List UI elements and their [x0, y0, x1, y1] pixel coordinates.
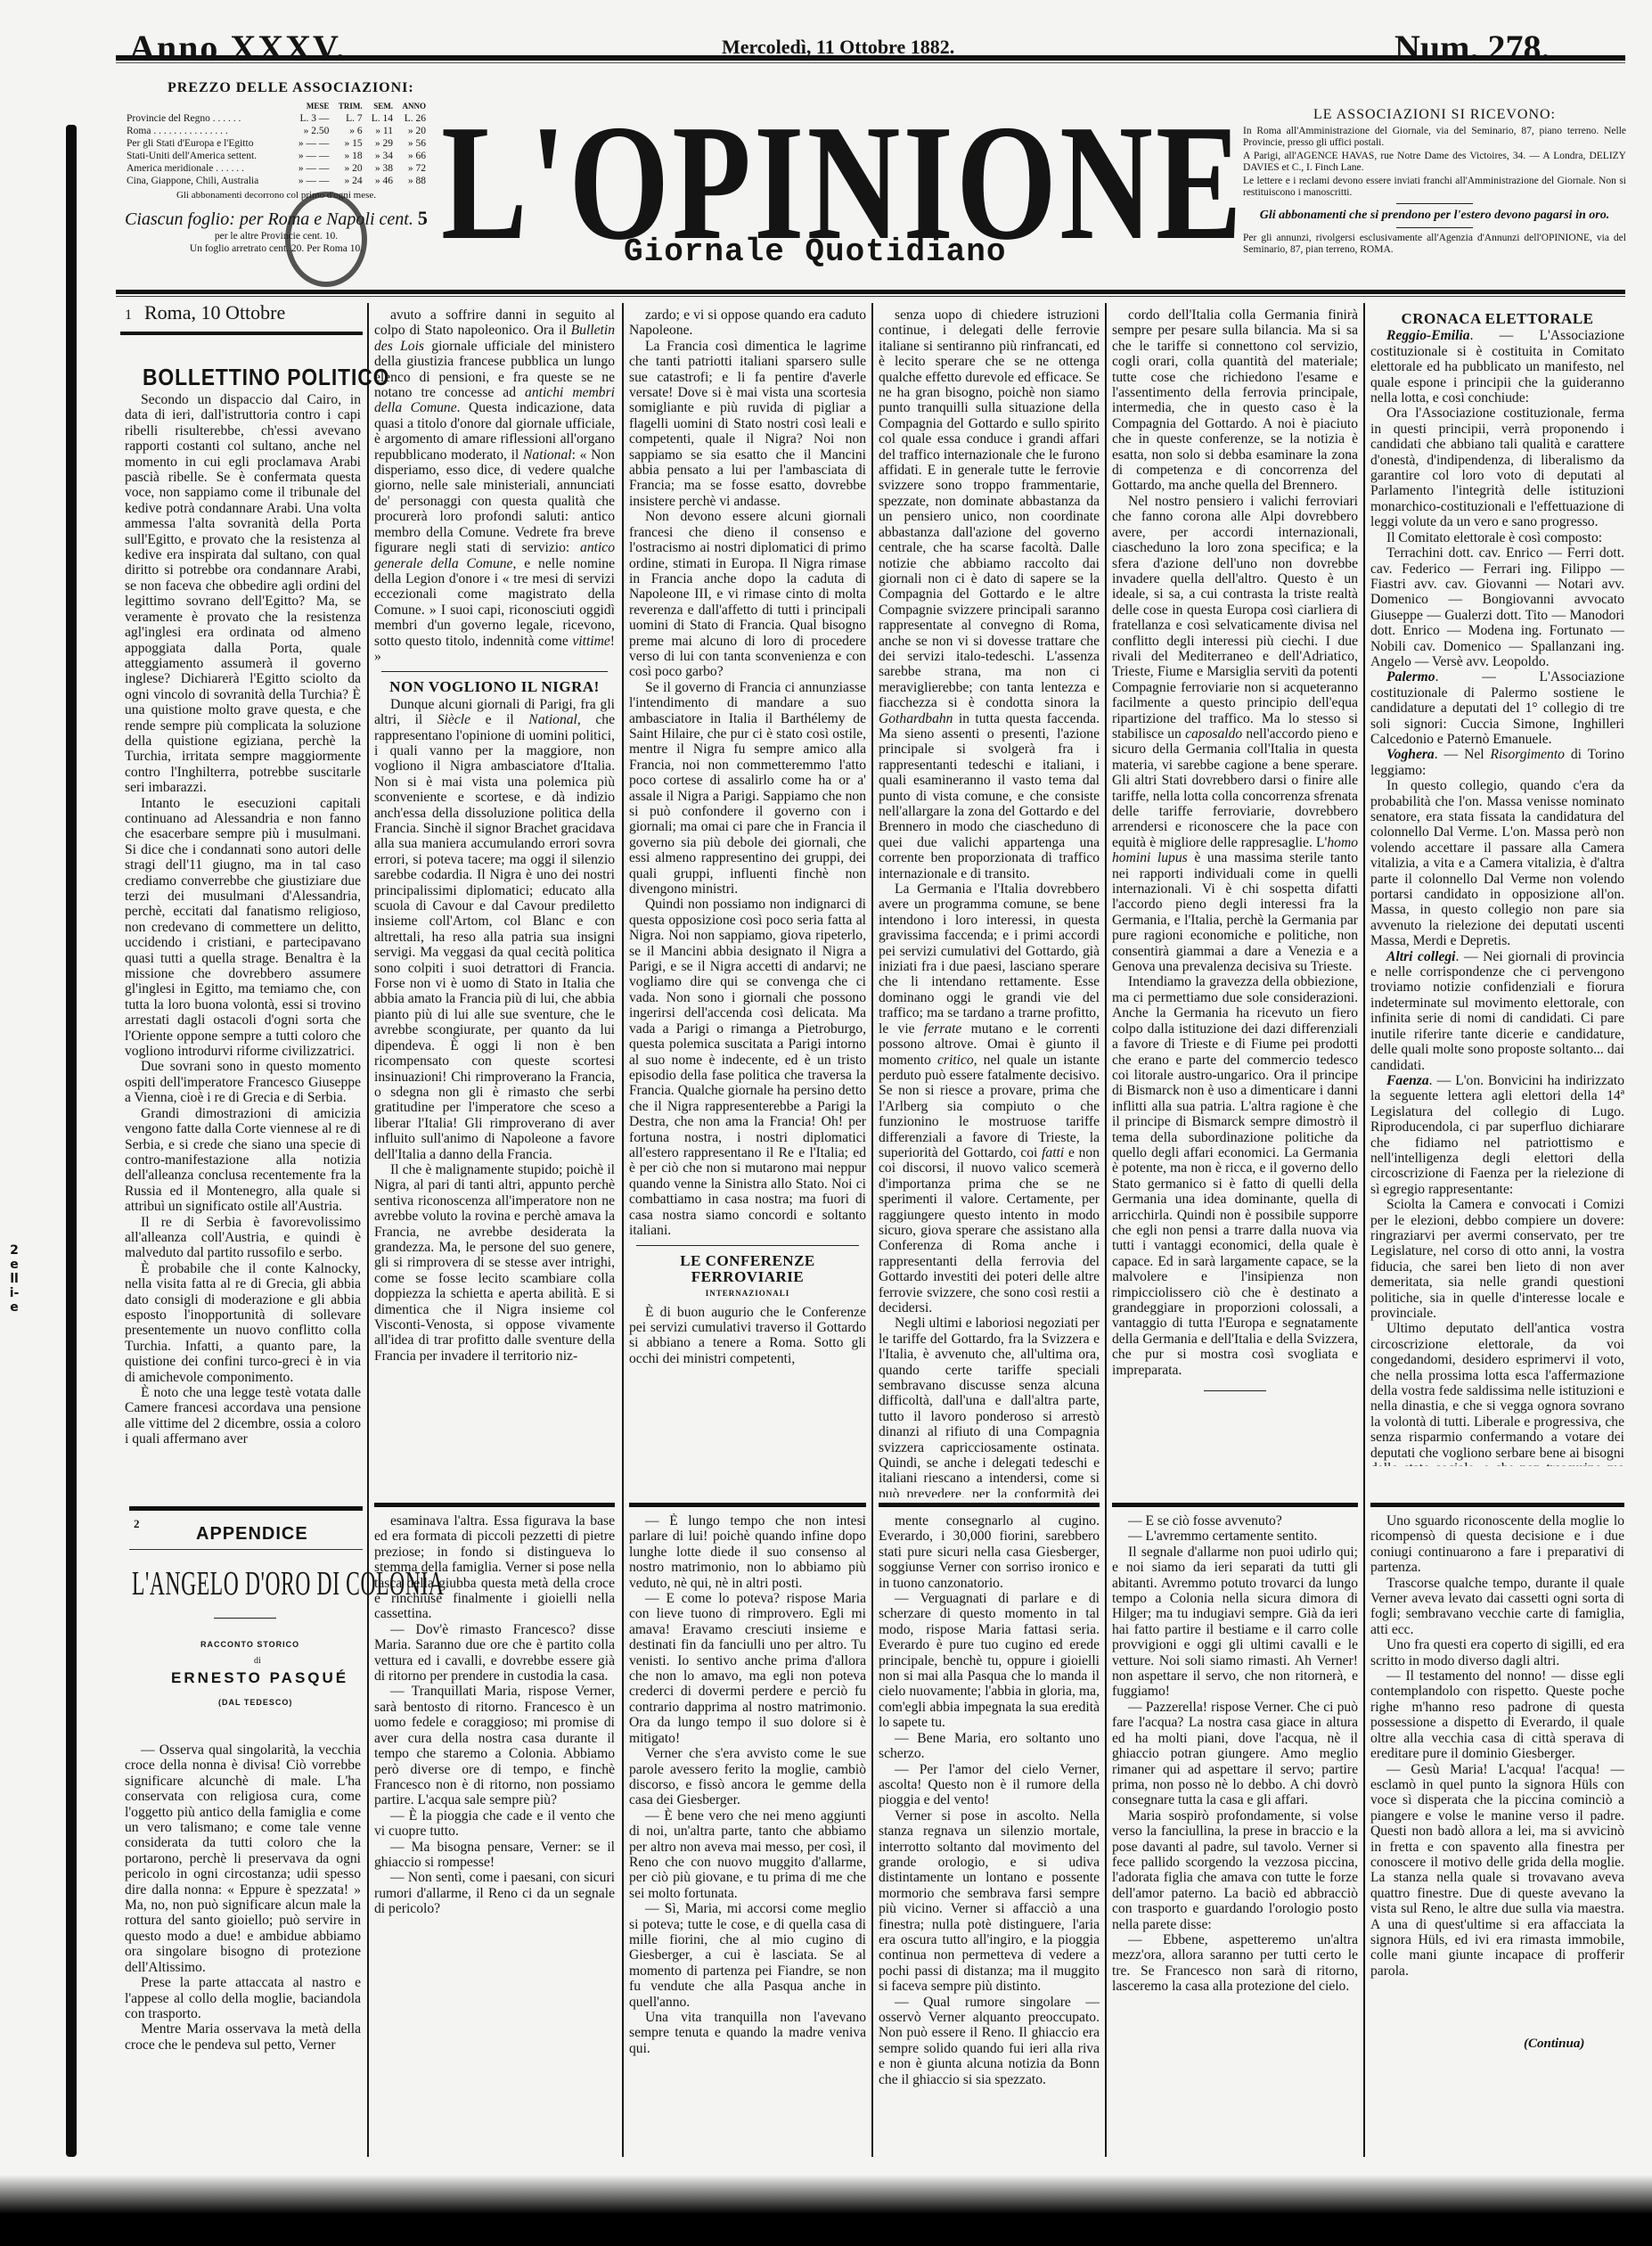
prices-row: America meridionale . . . . . .» — —» 20… [125, 162, 428, 175]
serial-paragraph: — Bene Maria, ero soltanto uno scherzo. [879, 1731, 1100, 1762]
serial-paragraph: Il segnale d'allarme non puoi udirlo qui… [1112, 1545, 1358, 1700]
masthead-top-rule [116, 55, 1625, 61]
prices-column-header: TRIM. [331, 100, 364, 112]
rule [214, 1618, 276, 1619]
serial-paragraph: — Ma bisogna pensare, Verner: se il ghia… [374, 1840, 615, 1871]
divider [1396, 227, 1473, 228]
back-issue-price: Un foglio arretrato cent. 20. Per Roma 1… [125, 242, 428, 255]
serial-paragraph: Maria sospirò profondamente, si volse ve… [1112, 1808, 1358, 1932]
ads-info: Per gli annunzi, rivolgersi esclusivamen… [1243, 233, 1626, 256]
paragraph: Dunque alcuni giornali di Parigi, fra gl… [374, 697, 615, 1162]
divider [381, 671, 608, 672]
foreign-subscription-note: Gli abbonamenti che si prendono per l'es… [1243, 209, 1626, 223]
paragraph: zardo; e vi si oppose quando era caduto … [629, 307, 866, 339]
appendice-column-6: Uno sguardo riconoscente della moglie lo… [1370, 1513, 1624, 2030]
paragraph: Secondo un dispaccio dal Cairo, in data … [125, 392, 361, 796]
serial-paragraph: Mentre Maria osservava la metà della cro… [125, 2021, 361, 2053]
divider [1396, 203, 1473, 204]
appendice-rule [879, 1503, 1100, 1507]
prices-heading: PREZZO DELLE ASSOCIAZIONI: [168, 80, 428, 96]
divider [636, 1245, 859, 1246]
paragraph: Il Comitato elettorale è così composto: [1370, 530, 1624, 545]
subscription-prices: PREZZO DELLE ASSOCIAZIONI: MESETRIM.SEM.… [125, 80, 428, 255]
serial-paragraph: Verner che s'era avvisto come le sue par… [629, 1746, 866, 1808]
serial-paragraph: — È lungo tempo che non intesi parlare d… [629, 1513, 866, 1591]
masthead-bottom-rule [116, 290, 1625, 294]
serial-paragraph: — Qual rumore singolare — osservò Verner… [879, 1995, 1100, 2087]
serial-paragraph: — Per l'amor del cielo Verner, ascolta! … [879, 1762, 1100, 1808]
masthead-top-rule-thin [116, 62, 1625, 63]
serial-paragraph: — Verguagnati di parlare e di scherzare … [879, 1591, 1100, 1731]
column-2: avuto a soffrire danni in seguito al col… [374, 307, 615, 1497]
paragraph: cordo dell'Italia colla Germania finirà … [1112, 307, 1358, 494]
prices-row: Per gli Stati d'Europa e l'Egitto» — —» … [125, 137, 428, 150]
prices-row: Cina, Giappone, Chili, Australia» — —» 2… [125, 175, 428, 187]
article-subheading: INTERNAZIONALI [629, 1286, 866, 1301]
paragraph: Ultimo deputato dell'antica vostra circo… [1370, 1321, 1624, 1466]
cronaca-elettorale-column: CRONACA ELETTORALEReggio-Emilia. — L'Ass… [1370, 307, 1624, 1466]
paragraph: Faenza. — L'on. Bonvicini ha indirizzato… [1370, 1073, 1624, 1197]
serial-paragraph: — E come lo poteva? rispose Maria con li… [629, 1591, 866, 1746]
paragraph: senza uopo di chiedere istruzioni contin… [879, 307, 1100, 881]
serial-paragraph: Trascorse qualche tempo, durante il qual… [1370, 1576, 1624, 1638]
margin-bleed-text: 2elli-e [5, 1243, 23, 1315]
serial-paragraph: — Tranquillati Maria, rispose Verner, sa… [374, 1684, 615, 1807]
rule [120, 332, 363, 335]
bollettino-heading: BOLLETTINO POLITICO [143, 364, 389, 391]
appendice-column-4: mente consegnarlo al cugino. Everardo, i… [879, 1513, 1100, 2155]
prices-table: MESETRIM.SEM.ANNO Provincie del Regno . … [125, 100, 428, 187]
paragraph: Ora l'Associazione costituzionale, ferma… [1370, 406, 1624, 529]
column-3: zardo; e vi si oppose quando era caduto … [629, 307, 866, 1497]
scan-shadow [0, 2175, 1652, 2246]
prices-column-header: MESE [290, 100, 331, 112]
provinces-price: per le altre Provincie cent. 10. [125, 230, 428, 242]
paragraph: avuto a soffrire danni in seguito al col… [374, 307, 615, 664]
appendice-number: 2 [134, 1517, 140, 1531]
article-heading: LE CONFERENZE FERROVIARIE [629, 1253, 866, 1284]
paragraph: Reggio-Emilia. — L'Associazione costituz… [1370, 328, 1624, 406]
article-heading: CRONACA ELETTORALE [1370, 311, 1624, 326]
paragraph: Grandi dimostrazioni di amicizia vengono… [125, 1106, 361, 1215]
column-4: senza uopo di chiedere istruzioni contin… [879, 307, 1100, 1497]
paragraph: Il che è malignamente stupido; poichè il… [374, 1162, 615, 1364]
prices-column-header [125, 100, 290, 112]
paragraph: È noto che una legge testè votata dalle … [125, 1385, 361, 1447]
newspaper-subtitle: Giornale Quotidiano [624, 234, 1006, 270]
paragraph: Terrachini dott. cav. Enrico — Ferri dot… [1370, 545, 1624, 669]
prices-note: Gli abbonamenti decorrono col primo d'og… [125, 189, 428, 201]
by-label: di [254, 1656, 261, 1666]
serial-paragraph: — È la pioggia che cade e il vento che v… [374, 1808, 615, 1840]
prices-row: Stati-Uniti dell'America settent.» — —» … [125, 150, 428, 162]
appendice-rule [374, 1503, 615, 1507]
paragraph: Quindi non possiamo non indignarci di qu… [629, 897, 866, 1238]
serial-paragraph: — Non sentì, come i paesani, con sicuri … [374, 1870, 615, 1916]
newspaper-page: 2elli-e Anno XXXV. Mercoledì, 11 Ottobre… [0, 0, 1652, 2246]
serial-paragraph: — Dov'è rimasto Francesco? disse Maria. … [374, 1622, 615, 1684]
paragraph: Il re di Serbia è favorevolissimo all'al… [125, 1215, 361, 1261]
serial-paragraph: — Il testamento del nonno! — disse egli … [1370, 1668, 1624, 1761]
appendice-rule [129, 1506, 363, 1511]
serial-genre: RACCONTO STORICO [200, 1640, 299, 1649]
paragraph: Intanto le esecuzioni capitali continuan… [125, 796, 361, 1060]
appendice-column-5: — E se ciò fosse avvenuto?— L'avremmo ce… [1112, 1513, 1358, 2155]
serial-paragraph: — Osserva qual singolarità, la vecchia c… [125, 1742, 361, 1975]
paragraph: Altri collegi. — Nei giornali di provinc… [1370, 949, 1624, 1073]
assoc-foreign-agents: A Parigi, all'AGENCE HAVAS, rue Notre Da… [1243, 151, 1626, 174]
paragraph: La Germania e l'Italia dovrebbero avere … [879, 881, 1100, 1316]
postal-stamp-icon [285, 192, 367, 287]
prices-column-header: ANNO [395, 100, 428, 112]
appendice-column-3: — È lungo tempo che non intesi parlare d… [629, 1513, 866, 2155]
serial-paragraph: — Ebbene, aspetteremo un'altra mezz'ora,… [1112, 1932, 1358, 1995]
prices-column-header: SEM. [364, 100, 395, 112]
appendice-rule [629, 1503, 866, 1507]
appendice-label: APPENDICE [196, 1524, 308, 1545]
serial-paragraph: Uno sguardo riconoscente della moglie lo… [1370, 1513, 1624, 1576]
paragraph: Se il governo di Francia ci annunziasse … [629, 680, 866, 898]
single-copy-price: Ciascun foglio: per Roma e Napoli cent. … [125, 207, 428, 230]
serial-paragraph: — Pazzerella! rispose Verner. Che ci può… [1112, 1700, 1358, 1808]
serial-paragraph: — L'avremmo certamente sentito. [1112, 1529, 1358, 1544]
masthead-bottom-rule-thin [116, 296, 1625, 297]
serial-paragraph: — E se ciò fosse avvenuto? [1112, 1513, 1358, 1529]
paragraph: Sciolta la Camera e convocati i Comizi p… [1370, 1197, 1624, 1321]
paragraph: In questo collegio, quando c'era da prob… [1370, 778, 1624, 948]
paragraph: La Francia così dimentica le lagrime che… [629, 339, 866, 509]
serial-paragraph: — È bene vero che nei meno aggiunti di n… [629, 1808, 866, 1901]
serial-paragraph: mente consegnarlo al cugino. Everardo, i… [879, 1513, 1100, 1591]
column-rule [367, 303, 369, 2157]
column-rule [871, 303, 873, 2157]
serial-paragraph: Verner si pose in ascolto. Nella stanza … [879, 1808, 1100, 1995]
paragraph: Voghera. — Nel Risorgimento di Torino le… [1370, 747, 1624, 778]
appendice-column-2: esaminava l'altra. Essa figurava la base… [374, 1513, 615, 2155]
paragraph: È probabile che il conte Kalnocky, nella… [125, 1261, 361, 1385]
bollettino-politico-column: Secondo un dispaccio dal Cairo, in data … [125, 392, 361, 1490]
serial-paragraph: esaminava l'altra. Essa figurava la base… [374, 1513, 615, 1622]
serial-author: ERNESTO PASQUÉ [171, 1669, 348, 1687]
serial-paragraph: — Sì, Maria, mi accorsi come meglio si p… [629, 1901, 866, 2010]
prices-row: Provincie del Regno . . . . . .L. 3 —L. … [125, 112, 428, 125]
serial-paragraph: Prese la parte attaccata al nastro e l'a… [125, 1975, 361, 2021]
paragraph: Palermo. — L'Associazione costituzionale… [1370, 669, 1624, 747]
paragraph: Intendiamo la gravezza della obbiezione,… [1112, 974, 1358, 1378]
subscription-info: LE ASSOCIAZIONI SI RICEVONO: In Roma all… [1243, 107, 1626, 258]
assoc-letters: Le lettere e i reclami devono essere inv… [1243, 176, 1626, 199]
paragraph: Nel nostro pensiero i valichi ferroviari… [1112, 494, 1358, 975]
article-heading: NON VOGLIONO IL NIGRA! [374, 679, 615, 694]
paragraph: Non devono essere alcuni giornali france… [629, 509, 866, 679]
serial-paragraph: Una vita tranquilla non l'avevano sempre… [629, 2010, 866, 2056]
column-5: cordo dell'Italia colla Germania finirà … [1112, 307, 1358, 1497]
serial-paragraph: — Gesù Maria! L'acqua! l'acqua! — esclam… [1370, 1762, 1624, 1980]
paragraph: Due sovrani sono in questo momento ospit… [125, 1059, 361, 1105]
assoc-roma: In Roma all'Amministrazione del Giornale… [1243, 126, 1626, 149]
paragraph: Negli ultimi e laboriosi negoziati per l… [879, 1316, 1100, 1497]
page-binding-edge [66, 125, 77, 2157]
divider [1204, 1390, 1266, 1391]
appendice-column-1: — Osserva qual singolarità, la vecchia c… [125, 1742, 361, 2157]
column-rule [1105, 303, 1107, 2157]
assoc-heading: LE ASSOCIAZIONI SI RICEVONO: [1243, 107, 1626, 123]
serial-translation-note: (DAL TEDESCO) [218, 1698, 292, 1707]
continua-label: (Continua) [1524, 2037, 1584, 2052]
prices-row: Roma . . . . . . . . . . . . . . .» 2.50… [125, 125, 428, 137]
dateline: 1Roma, 10 Ottobre [125, 301, 339, 324]
appendice-rule [1370, 1503, 1624, 1507]
paragraph: È di buon augurio che le Conferenze pei … [629, 1305, 866, 1367]
appendice-rule [1112, 1503, 1358, 1507]
serial-paragraph: Uno fra questi era coperto di sigilli, e… [1370, 1637, 1624, 1668]
column-rule [1363, 303, 1365, 2157]
column-rule [622, 303, 624, 2157]
rule [129, 1549, 363, 1550]
